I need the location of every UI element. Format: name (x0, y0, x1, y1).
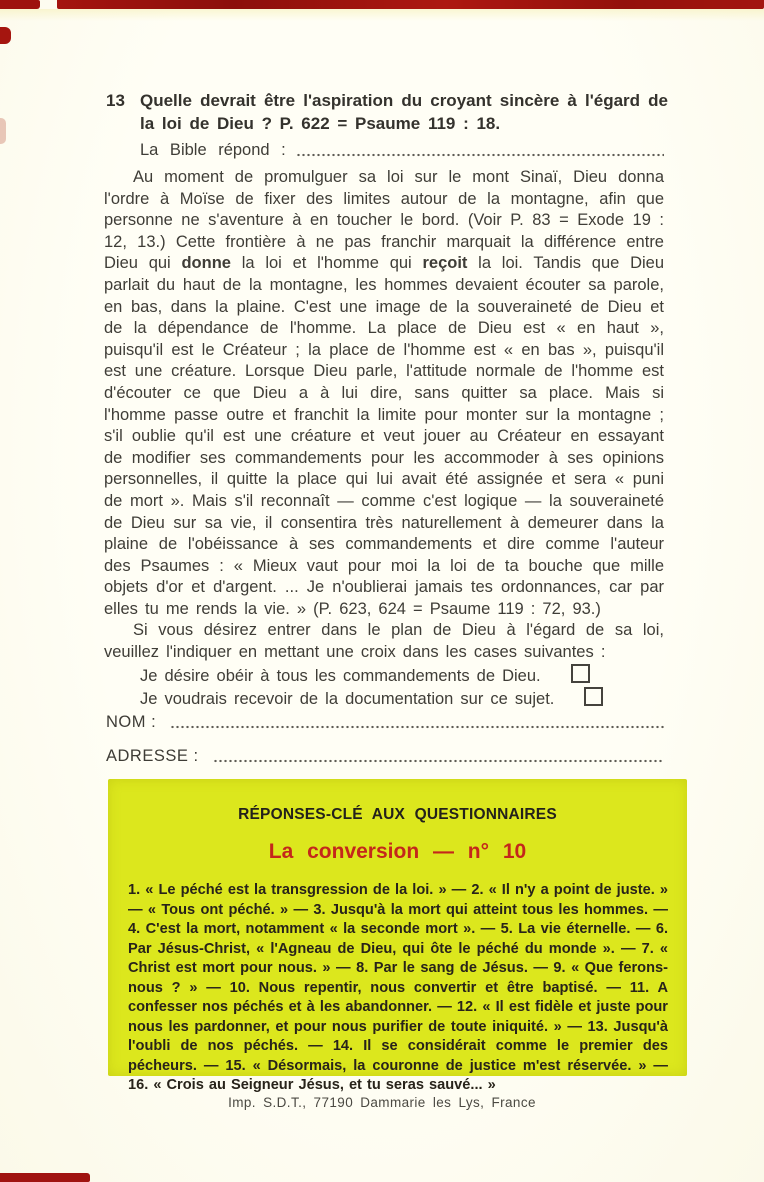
scan-artifact-left-smudge (0, 118, 6, 144)
bible-answer-row: La Bible répond : (140, 141, 664, 160)
body-text: Au moment de promulguer sa loi sur le mo… (104, 167, 664, 711)
checkbox-documentation-label: Je voudrais recevoir de la documentation… (140, 690, 554, 708)
answer-key-box: RÉPONSES-CLÉ AUX QUESTIONNAIRES La conve… (108, 779, 687, 1076)
scan-artifact-top-stripe (57, 0, 764, 9)
scan-artifact-left-mark (0, 27, 11, 44)
paragraph-invitation: Si vous désirez entrer dans le plan de D… (104, 620, 664, 663)
scan-artifact-corner (0, 0, 40, 9)
checkbox-obey-label: Je désire obéir à tous les commandements… (140, 667, 541, 685)
checkbox-obey[interactable] (571, 664, 590, 683)
bible-answer-blank-line[interactable] (296, 153, 664, 157)
checkbox-row-documentation: Je voudrais recevoir de la documentation… (140, 687, 664, 711)
question-number: 13 (106, 90, 125, 113)
answer-key-title: RÉPONSES-CLÉ AUX QUESTIONNAIRES (118, 806, 677, 824)
address-field-blank-line[interactable] (213, 759, 664, 763)
checkbox-documentation[interactable] (584, 687, 603, 706)
answer-key-body: 1. « Le péché est la transgression de la… (128, 881, 668, 1096)
printer-imprint: Imp. S.D.T., 77190 Dammarie les Lys, Fra… (0, 1095, 764, 1110)
name-field-label: NOM : (106, 713, 156, 732)
bible-answer-label: La Bible répond : (140, 141, 286, 160)
bold-word-recoit: reçoit (422, 254, 467, 272)
paragraph-sinai: Au moment de promulguer sa loi sur le mo… (104, 167, 664, 620)
checkbox-row-obey: Je désire obéir à tous les commandements… (140, 664, 664, 688)
scanned-page: 13 Quelle devrait être l'aspiration du c… (0, 0, 764, 1182)
paragraph-segment: la loi. Tandis que Dieu parlait du haut … (104, 254, 664, 618)
address-field-row: ADRESSE : (106, 747, 664, 766)
name-field-row: NOM : (106, 713, 664, 732)
bold-word-donne: donne (181, 254, 231, 272)
name-field-blank-line[interactable] (170, 725, 664, 729)
address-field-label: ADRESSE : (106, 747, 199, 766)
question-text: Quelle devrait être l'aspiration du croy… (140, 91, 668, 133)
scan-artifact-top-tint (0, 9, 764, 21)
answer-key-subtitle: La conversion — n° 10 (118, 840, 677, 864)
paragraph-segment: la loi et l'homme qui (231, 254, 423, 272)
scan-artifact-bottom-mark (0, 1173, 90, 1182)
question-13: 13 Quelle devrait être l'aspiration du c… (106, 90, 668, 135)
